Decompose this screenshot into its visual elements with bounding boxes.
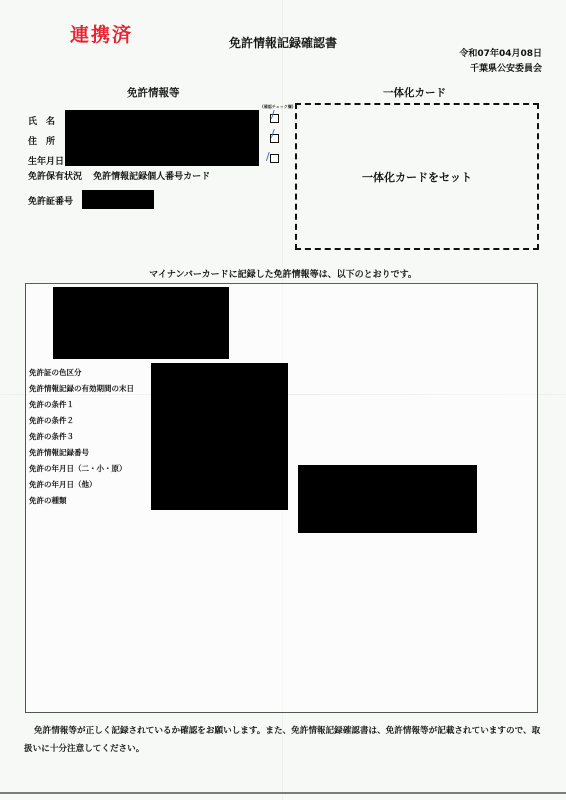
- record-row-label: 免許の条件２: [29, 415, 74, 426]
- license-info-heading: 免許情報等: [127, 85, 180, 100]
- checkmark-icon: /: [271, 109, 281, 121]
- record-row-label: 免許の条件１: [29, 399, 74, 410]
- photo-redaction: [53, 287, 229, 359]
- checkmark-icon: /: [266, 151, 276, 163]
- record-row-label: 免許の種類: [29, 495, 67, 506]
- checkmark-icon: /: [271, 128, 281, 140]
- footer-note: 免許情報等が正しく記録されているか確認をお願いします。また、免許情報記録確認書は…: [24, 722, 544, 758]
- holding-status-label: 免許保有状況 免許情報記録個人番号カード: [28, 169, 210, 182]
- issue-date: 令和07年04月08日: [459, 46, 542, 59]
- holding-status-label-text: 免許保有状況: [28, 172, 82, 182]
- record-row-label: 免許証の色区分: [29, 367, 82, 378]
- records-intro: マイナンバーカードに記録した免許情報等は、以下のとおりです。: [0, 267, 566, 280]
- integrated-card-slot: 一体化カードをセット: [295, 103, 539, 250]
- license-number-redaction: [82, 190, 154, 209]
- issuer: 千葉県公安委員会: [470, 61, 542, 74]
- record-row-label: 免許情報記録の有効期間の末日: [29, 383, 134, 394]
- personal-info-redaction: [65, 110, 259, 166]
- integrated-card-heading: 一体化カード: [383, 85, 446, 100]
- paper-edge: [0, 792, 566, 794]
- card-slot-instruction: 一体化カードをセット: [362, 169, 472, 185]
- record-values-redaction: [151, 363, 288, 510]
- name-label: 氏 名: [28, 114, 55, 127]
- holding-status-value: 免許情報記録個人番号カード: [93, 172, 210, 182]
- record-row-label: 免許の条件３: [29, 431, 74, 442]
- record-row-label: 免許の年月日（二・小・原）: [29, 463, 127, 474]
- license-number-label: 免許証番号: [28, 194, 73, 207]
- birthdate-label: 生年月日: [28, 154, 64, 167]
- record-row-label: 免許情報記録番号: [29, 447, 89, 458]
- address-label: 住 所: [28, 134, 55, 147]
- license-types-redaction: [298, 465, 477, 533]
- record-row-label: 免許の年月日（他）: [29, 479, 97, 490]
